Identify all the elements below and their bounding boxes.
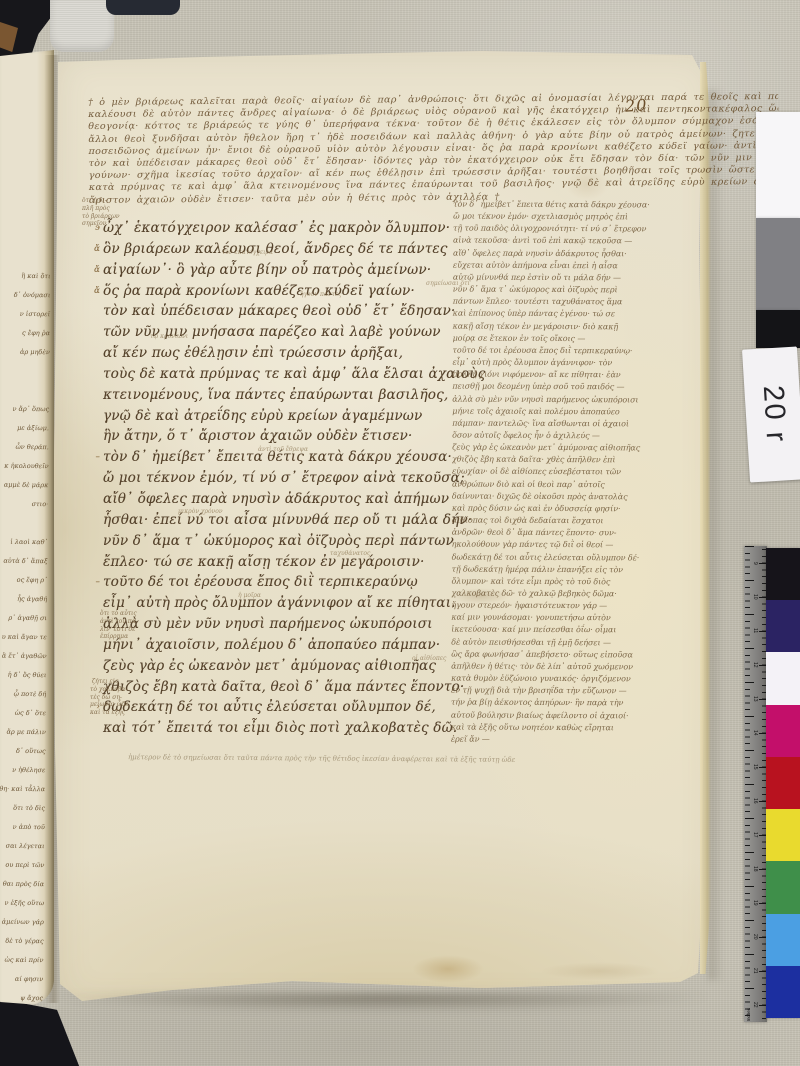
line-text: τὸν καὶ ὑπέδεισαν μάκαρες θεοὶ οὐδ᾽ ἔτ᾽ … bbox=[103, 301, 455, 322]
line-text: νῦν δ᾽ ἅμα τ᾽ ὠκύμορος καὶ ὀϊζυρὸς περὶ … bbox=[103, 531, 454, 552]
line-text: αἰγαίων᾽· ὃ γὰρ αὖτε βίην οὗ πατρὸς ἀμεί… bbox=[103, 260, 431, 281]
right-scholia-column: τὸν δ᾽ ἠμείβετ᾽ ἔπειτα θέτις κατὰ δάκρυ … bbox=[451, 199, 649, 747]
facing-text-fragment: με ἀξίωμ. bbox=[2, 419, 49, 438]
facing-text-fragment: ν ἑξῆς οὕτω bbox=[0, 894, 44, 913]
margin-note: ὅτι ἡ δι-πλῆ πρὸςτὸ βριάρεωνσημεῖον bbox=[82, 197, 140, 228]
scholia-line: πάμπαν· παντελῶς· ἵνα αἴσθωνται οἱ ἀχαιο… bbox=[452, 417, 648, 430]
grayscale-patch-white bbox=[756, 112, 800, 218]
line-siglum bbox=[86, 552, 103, 573]
scholia-line: κατὰ θυμὸν ἐϋζώνοιο γυναικός· ὀργιζόμενο… bbox=[451, 673, 647, 686]
margin-note-line: σημεῖον bbox=[82, 220, 140, 228]
facing-text-fragment: ἧς ἀγαθή bbox=[0, 590, 47, 609]
ruler-number: 12 bbox=[752, 648, 758, 682]
scholia-line: ἀπῆλθεν ἡ θέτις· τὸν δὲ λίπ᾽ αὐτοῦ χωόμε… bbox=[451, 661, 647, 674]
scholia-line: χθιζὸς ἔβη κατὰ δαῖτα· χθὲς ἀπῆλθεν ἐπὶ bbox=[452, 454, 648, 467]
scholia-line: τῇ τοῦ παιδὸς ὀλιγοχρονιότητι· τί νύ σ᾽ … bbox=[453, 223, 649, 236]
margin-note-line: τὸ χαλκοβα- bbox=[90, 686, 156, 694]
line-siglum bbox=[86, 489, 103, 510]
facing-text-fragment: δὲ τὸ γέρας bbox=[0, 932, 44, 951]
line-siglum bbox=[86, 343, 103, 364]
ruler-number: 14 bbox=[752, 716, 758, 750]
scholia-line: καὶ πρὸς δύσιν ὡς καὶ ἐν ὀδυσσείᾳ φησίν· bbox=[452, 502, 648, 515]
scholia-line: μοίρᾳ σε ἔτεκον ἐν τοῖς οἴκοις — bbox=[453, 332, 649, 345]
verse-line: τοὺς δὲ κατὰ πρύμνας τε καὶ ἀμφ᾽ ἅλα ἔλσ… bbox=[86, 364, 486, 385]
line-siglum bbox=[86, 510, 103, 531]
facing-text-fragment: ου περὶ τῶν bbox=[0, 856, 45, 875]
color-patch-green bbox=[766, 861, 800, 913]
manuscript-photo: ἢ καὶ ὅτιδ᾽ ὀνόμασιν ἱστορεῖς ἔφη ῥαἀρ μ… bbox=[0, 0, 800, 1066]
line-siglum bbox=[86, 426, 103, 447]
line-text: καὶ τότ᾽ ἔπειτά τοι εἶμι διὸς ποτὶ χαλκο… bbox=[103, 718, 457, 739]
facing-text-fragment: ὡς καὶ πρίν bbox=[0, 951, 44, 970]
line-text: τοὺς δὲ κατὰ πρύμνας τε καὶ ἀμφ᾽ ἅλα ἔλσ… bbox=[103, 364, 485, 385]
line-siglum bbox=[86, 301, 103, 322]
ruler-number: 21 bbox=[752, 954, 758, 988]
line-siglum bbox=[86, 406, 103, 427]
line-text: γνῷ δὲ καὶ ἀτρεΐδης εὐρὺ κρείων ἀγαμέμνω… bbox=[103, 406, 422, 427]
verse-line: τὸν καὶ ὑπέδεισαν μάκαρες θεοὶ οὐδ᾽ ἔτ᾽ … bbox=[86, 301, 486, 322]
margin-note-line: ἀντὶ τοῦ πά- bbox=[100, 618, 166, 626]
color-patch-magenta bbox=[766, 705, 800, 757]
line-text: ὦχ᾽ ἑκατόγχειρον καλέσασ᾽ ἐς μακρὸν ὄλυμ… bbox=[103, 218, 450, 239]
scholia-line: αὐτοῦ βούλησιν βιαίως ἀφείλοντο οἱ ἀχαιο… bbox=[451, 709, 647, 722]
scholia-line: ἀλλὰ σὺ μὲν νῦν νηυσὶ παρήμενος ὠκυπόροι… bbox=[452, 393, 648, 406]
facing-text-fragment: θη· καὶ τἆλλα bbox=[0, 780, 45, 799]
ruler-number: 18 bbox=[752, 852, 758, 886]
ruler-unit-label: Inches bbox=[746, 1008, 751, 1021]
line-text: χθιζὸς ἔβη κατὰ δαῖτα, θεοὶ δ᾽ ἅμα πάντε… bbox=[103, 677, 464, 698]
line-siglum: ἄ bbox=[86, 260, 103, 281]
verse-line: αἴθ᾽ ὄφελες παρὰ νηυσὶν ἀδάκρυτος καὶ ἀπ… bbox=[86, 489, 486, 510]
facing-text-fragment bbox=[2, 381, 49, 400]
ruler-number: 16 bbox=[752, 784, 758, 818]
ruler-number: 19 bbox=[752, 886, 758, 920]
grayscale-patch-gray bbox=[756, 218, 800, 310]
scholia-line: τήν ῥα βίῃ ἀέκοντος ἀπηύρων· ἣν παρὰ τὴν bbox=[451, 697, 647, 710]
color-patch-red bbox=[766, 757, 800, 809]
facing-text-fragment: ος ἔφη ρ᾽ bbox=[0, 571, 47, 590]
top-scholia-block: † ὁ μὲν βριάρεως καλεῖται παρὰ θεοῖς· αἰ… bbox=[88, 91, 731, 206]
color-patch-black bbox=[766, 548, 800, 600]
dark-binding-top bbox=[106, 0, 180, 15]
line-siglum bbox=[86, 656, 103, 677]
margin-note-line: τὸ βριάρεων bbox=[82, 213, 140, 221]
scholia-line: αἴθ᾽ ὄφελες παρὰ νηυσὶν ἀδάκρυτος ἧσθαι· bbox=[453, 247, 649, 260]
ruler-number: 15 bbox=[752, 750, 758, 784]
line-siglum bbox=[86, 718, 103, 739]
scholia-line: καί μιν γουνάσομαι· γονυπετήσω αὐτὸν bbox=[451, 612, 647, 625]
verse-line: ϶ὦχ᾽ ἑκατόγχειρον καλέσασ᾽ ἐς μακρὸν ὄλυ… bbox=[86, 218, 486, 239]
page-shadow-bottom bbox=[58, 994, 708, 1012]
scholia-line: δωδεκάτῃ δέ τοι αὖτις ἐλεύσεται οὔλυμπον… bbox=[452, 551, 648, 564]
ruler-numbers: 910111213141516171819202122 bbox=[752, 546, 762, 1022]
scholia-line: δαίνυνται· διχῶς δὲ οἰκοῦσι πρὸς ἀνατολὰ… bbox=[452, 490, 648, 503]
ruler-number: 10 bbox=[752, 580, 758, 614]
facing-text-fragment: θαι πρὸς δία bbox=[0, 875, 44, 894]
parchment-stain bbox=[412, 955, 484, 983]
ruler: 910111213141516171819202122 Inches bbox=[744, 546, 767, 1022]
scholia-line: μήνιε τοῖς ἀχαιοῖς καὶ πολέμου ἀποπαύεο bbox=[452, 405, 648, 418]
facing-text-fragment: ἰ λαοὶ καθ᾽ bbox=[1, 533, 48, 552]
facing-text-fragment: αὐτὰ δ᾽ ἅπαξ bbox=[0, 552, 47, 571]
facing-text-fragment: ᾧ ποτὲ δή bbox=[0, 685, 46, 704]
scholia-line: εὐωχίαν· οἱ δὲ αἰθίοπες εὐσεβέστατοι τῶν bbox=[452, 466, 648, 479]
margin-note-line: μείωσαι ὧδε bbox=[90, 701, 156, 709]
ruler-number: 17 bbox=[752, 818, 758, 852]
interlinear-gloss: ταχυθάνατος bbox=[330, 550, 370, 557]
line-text: ζεὺς γὰρ ἐς ὠκεανὸν μετ᾽ ἀμύμονας αἰθιοπ… bbox=[103, 656, 436, 677]
line-siglum: – bbox=[86, 447, 103, 468]
line-text: κτεινομένους, ἵνα πάντες ἐπαύρωνται βασι… bbox=[103, 385, 448, 406]
page-shadow-right bbox=[708, 90, 724, 980]
white-cloth-patch bbox=[50, 0, 114, 52]
interlinear-gloss: ἡ μοῖρα bbox=[238, 592, 261, 599]
margin-note-line: καὶ τὰ ἑξῆς bbox=[90, 709, 156, 717]
verse-line: νῦν δ᾽ ἅμα τ᾽ ὠκύμορος καὶ ὀϊζυρὸς περὶ … bbox=[86, 531, 486, 552]
interlinear-gloss: οἱ αἰθίοπες bbox=[412, 655, 446, 662]
verse-line: καὶ τότ᾽ ἔπειτά τοι εἶμι διὸς ποτὶ χαλκο… bbox=[86, 718, 486, 739]
facing-text-fragment: ν ἄρ᾽ ὅπως bbox=[2, 400, 49, 419]
line-text: ὅς ῥα παρὰ κρονίωνι καθέζετο κύδεϊ γαίων… bbox=[103, 281, 415, 302]
margin-note: ὅτι τὸ αὖτιςἀντὶ τοῦ πά-λιν· ἔστι δὲἐπίρ… bbox=[100, 610, 166, 641]
ruler-number: 9 bbox=[752, 546, 758, 580]
facing-text-fragment: ἀρ μηδὲν bbox=[3, 343, 50, 362]
margin-note: ὆ ζήτει εἰςτὸ χαλκοβα-τὲς δῶ ση-μείωσαι … bbox=[90, 678, 156, 717]
verse-line: αἴ κέν πως ἐθέλῃσιν ἐπὶ τρώεσσιν ἀρῆξαι, bbox=[86, 343, 486, 364]
ruler-number: 20 bbox=[752, 920, 758, 954]
scholia-line: νῦν δ᾽ ἅμα τ᾽ ὠκύμορος καὶ ὀϊζυρὸς περὶ bbox=[453, 284, 649, 297]
interlinear-gloss: μικρὸν χρόνον bbox=[178, 508, 223, 515]
line-text: αἴ κέν πως ἐθέλῃσιν ἐπὶ τρώεσσιν ἀρῆξαι, bbox=[103, 343, 403, 364]
scholia-line: τοῦτο δέ τοι ἐρέουσα ἔπος διῒ τερπικεραύ… bbox=[453, 344, 649, 357]
line-siglum: ἄ bbox=[86, 239, 103, 260]
scholia-line: τὸν δ᾽ ἠμείβετ᾽ ἔπειτα θέτις κατὰ δάκρυ … bbox=[453, 199, 649, 212]
color-patch-white bbox=[766, 652, 800, 704]
scholia-line: ἤγουν στερεόν· ἡφαιστότευκτον γάρ — bbox=[451, 600, 647, 613]
grayscale-patch-black bbox=[756, 310, 800, 348]
color-patch-dark-blue bbox=[766, 966, 800, 1018]
margin-note-line: ὆ ζήτει εἰς bbox=[90, 678, 156, 686]
line-text: τοῦτο δέ τοι ἐρέουσα ἔπος διῒ τερπικεραύ… bbox=[103, 572, 418, 593]
facing-text-fragment: ν ἠθέλησε bbox=[0, 761, 46, 780]
line-text: αἴθ᾽ ὄφελες παρὰ νηυσὶν ἀδάκρυτος καὶ ἀπ… bbox=[103, 489, 449, 510]
line-text: ὃν βριάρεων καλέουσι θεοί, ἄνδρες δέ τε … bbox=[103, 239, 448, 260]
line-text: ἧσθαι· ἐπεί νύ τοι αἶσα μίνυνθά περ οὔ τ… bbox=[103, 510, 472, 531]
facing-text-fragment: ἃ ἔτ᾽ ἀγαθῶν bbox=[0, 647, 47, 666]
scholia-line: ζεὺς γὰρ ἐς ὠκεανὸν μετ᾽ ἀμύμονας αἰθιοπ… bbox=[452, 442, 648, 455]
line-siglum: ἄ bbox=[86, 281, 103, 302]
verse-line: τῶν νῦν μιν μνήσασα παρέζεο καὶ λαβὲ γού… bbox=[86, 322, 486, 343]
facing-text-fragment: ς ἔφη ῥα bbox=[3, 324, 50, 343]
scholia-line: αὐτῷ μίνυνθά περ ἐστὶν οὔ τι μάλα δήν — bbox=[453, 272, 649, 285]
scholia-line: αἰθίοπας τοὶ διχθὰ δεδαίαται ἔσχατοι bbox=[452, 515, 648, 528]
interlinear-gloss: σημείωσαι ὅτι bbox=[426, 280, 470, 287]
line-text: ἔπλεο· τώ σε κακῇ αἴσῃ τέκον ἐν μεγάροισ… bbox=[103, 552, 424, 573]
scholia-line: ἐν τῇ ψυχῇ διὰ τὴν βρισηΐδα τὴν εὔζωνον … bbox=[451, 685, 647, 698]
scholia-line: εὔχεται αὐτὸν ἀπήμονα εἶναι ἐπεὶ ἡ αἶσα bbox=[453, 259, 649, 272]
facing-text-fragment: στιο· bbox=[1, 495, 48, 514]
interlinear-gloss: τὸν ἑκατόγχειρα bbox=[222, 249, 273, 256]
scholia-line: χαλκοβατὲς δῶ· τὸ χαλκῷ βεβηκὸς δῶμα· bbox=[451, 588, 647, 601]
line-siglum bbox=[86, 385, 103, 406]
scholia-line: ἀνθρώπων διὸ καὶ οἱ θεοὶ παρ᾽ αὐτοῖς bbox=[452, 478, 648, 491]
scholia-line: ὄλυμπον· καὶ τότε εἶμι πρὸς τὸ τοῦ διὸς bbox=[451, 575, 647, 588]
facing-text-fragment: υ καὶ ἄγαν τε bbox=[0, 628, 47, 647]
scholia-line: δὲ αὐτὸν πεισθήσεσθαι τῇ ἐμῇ δεήσει — bbox=[451, 636, 647, 649]
folio-label-strip: 20 r bbox=[742, 346, 800, 482]
scholia-line: ὣς ἄρα φωνήσασ᾽ ἀπεβήσετο· οὕτως εἰποῦσα bbox=[451, 648, 647, 661]
line-siglum bbox=[86, 468, 103, 489]
margin-note-line: λιν· ἔστι δὲ bbox=[100, 626, 166, 634]
line-siglum bbox=[86, 322, 103, 343]
verse-line: κτεινομένους, ἵνα πάντες ἐπαύρωνται βασι… bbox=[86, 385, 486, 406]
scholia-line: ἐρεῖ ἄν — bbox=[451, 733, 647, 746]
scholia-line: ὤ μοι τέκνον ἐμόν· σχετλιασμὸς μητρὸς ἐπ… bbox=[453, 211, 649, 224]
verse-line: ἧσθαι· ἐπεί νύ τοι αἶσα μίνυνθά περ οὔ τ… bbox=[86, 510, 486, 531]
verse-line: ὤ μοι τέκνον ἐμόν, τί νύ σ᾽ ἔτρεφον αἰνὰ… bbox=[86, 468, 486, 489]
margin-note-line: ἐπίρρημα bbox=[100, 633, 166, 641]
facing-text-fragment: αμμὲ δὲ μάρκ bbox=[1, 476, 48, 495]
facing-text-fragment: ὧν θεράπ. bbox=[2, 438, 49, 457]
color-patch-navy bbox=[766, 600, 800, 652]
parchment-stain bbox=[540, 962, 660, 980]
color-patch-yellow bbox=[766, 809, 800, 861]
facing-text-fragment: σαι λέγεται bbox=[0, 837, 45, 856]
verse-line: ἄὃν βριάρεων καλέουσι θεοί, ἄνδρες δέ τε… bbox=[86, 239, 486, 260]
facing-text-fragment: ἀμείνων γάρ bbox=[0, 913, 44, 932]
facing-text-fragment: κ ἠκολουθεῖν bbox=[1, 457, 48, 476]
facing-text-fragment: ὡς δ᾽ ὅτε bbox=[0, 704, 46, 723]
scholia-line: πολλῇ χιόνι νιφόμενον· αἴ κε πίθηται· ἐὰ… bbox=[452, 369, 648, 382]
scholia-line: κακῇ αἴσῃ τέκον ἐν μεγάροισιν· διὸ κακῇ bbox=[453, 320, 649, 333]
verse-line: –τοῦτο δέ τοι ἐρέουσα ἔπος διῒ τερπικερα… bbox=[86, 572, 486, 593]
interlinear-gloss: ἀντὶ τοῦ ἔθρεψα bbox=[258, 446, 308, 453]
facing-text-fragment: ν ἀπὸ τοῦ bbox=[0, 818, 45, 837]
line-siglum: – bbox=[86, 572, 103, 593]
scholia-line: ἱκετεύουσα· καί μιν πείσεσθαι ὀΐω· οἶμαι bbox=[451, 624, 647, 637]
scholia-line: καὶ τὰ ἑξῆς οὕτω νοητέον καθὼς εἴρηται bbox=[451, 721, 647, 734]
line-text: ὤ μοι τέκνον ἐμόν, τί νύ σ᾽ ἔτρεφον αἰνὰ… bbox=[103, 468, 465, 489]
facing-text-fragment: αί φησιν bbox=[0, 970, 43, 989]
facing-text-fragment bbox=[1, 514, 48, 533]
scholia-line: αἰνὰ τεκοῦσα· ἀντὶ τοῦ ἐπὶ κακῷ τεκοῦσα … bbox=[453, 235, 649, 248]
facing-text-fragment: ἡ δ᾽ ὃς θύει bbox=[0, 666, 47, 685]
facing-text-fragment: ρ᾽ ἀγαθῇ σι bbox=[0, 609, 47, 628]
facing-text-fragment bbox=[2, 362, 49, 381]
line-text: ἣν ἄτην, ὅ τ᾽ ἄριστον ἀχαιῶν οὐδὲν ἔτισε… bbox=[103, 426, 412, 447]
line-siglum bbox=[86, 531, 103, 552]
scholia-line: τῇ δωδεκάτῃ ἡμέρᾳ πάλιν ἐπανήξει εἰς τὸν bbox=[452, 563, 648, 576]
facing-text-fragment: ὅτι τὸ δὶς bbox=[0, 799, 45, 818]
ruler-number: 13 bbox=[752, 682, 758, 716]
margin-note-line: ὅτι τὸ αὖτις bbox=[100, 610, 166, 618]
margin-note-line: ὅτι ἡ δι- bbox=[82, 197, 140, 205]
scholia-line: πεισθῇ μοι δεομένῃ ὑπὲρ σοῦ τοῦ παιδός — bbox=[452, 381, 648, 394]
interlinear-gloss: ἤγουν πάντες bbox=[300, 291, 342, 298]
verse-line: ἣν ἄτην, ὅ τ᾽ ἄριστον ἀχαιῶν οὐδὲν ἔτισε… bbox=[86, 426, 486, 447]
facing-text-fragment: δ᾽ οὕτως bbox=[0, 742, 46, 761]
scholia-line: ἀνδρῶν· θεοὶ δ᾽ ἅμα πάντες ἕποντο· συν- bbox=[452, 527, 648, 540]
scholia-line: εἶμ᾽ αὐτὴ πρὸς ὄλυμπον ἀγάννιφον· τὸν bbox=[452, 357, 648, 370]
scholia-line: πάντων ἔπλεο· τουτέστι ταχυθάνατος ἅμα bbox=[453, 296, 649, 309]
facing-text-fragment: ἄρ με πάλιν bbox=[0, 723, 46, 742]
verse-line: ἔπλεο· τώ σε κακῇ αἴσῃ τέκον ἐν μεγάροισ… bbox=[86, 552, 486, 573]
verse-line: γνῷ δὲ καὶ ἀτρεΐδης εὐρὺ κρείων ἀγαμέμνω… bbox=[86, 406, 486, 427]
ruler-number: 22 bbox=[752, 988, 758, 1022]
color-patch-light-blue bbox=[766, 914, 800, 966]
scholia-line: ηκολούθουν γὰρ πάντες τῷ διῒ οἱ θεοί — bbox=[452, 539, 648, 552]
folio-label-text: 20 r bbox=[755, 385, 791, 445]
margin-note-line: πλῆ πρὸς bbox=[82, 205, 140, 213]
line-siglum bbox=[86, 364, 103, 385]
scholia-line: ὅσον αὐτοῖς ὄφελος ἦν ὁ ἀχιλλεύς — bbox=[452, 430, 648, 443]
scholia-line: καὶ ἐπίπονος ὑπὲρ πάντας ἐγένου· τώ σε bbox=[453, 308, 649, 321]
ruler-number: 11 bbox=[752, 614, 758, 648]
color-calibration-bar bbox=[766, 548, 800, 1018]
verse-line: ἄαἰγαίων᾽· ὃ γὰρ αὖτε βίην οὗ πατρὸς ἀμε… bbox=[86, 260, 486, 281]
interlinear-gloss: τῷ κρονίωνι bbox=[150, 333, 188, 340]
